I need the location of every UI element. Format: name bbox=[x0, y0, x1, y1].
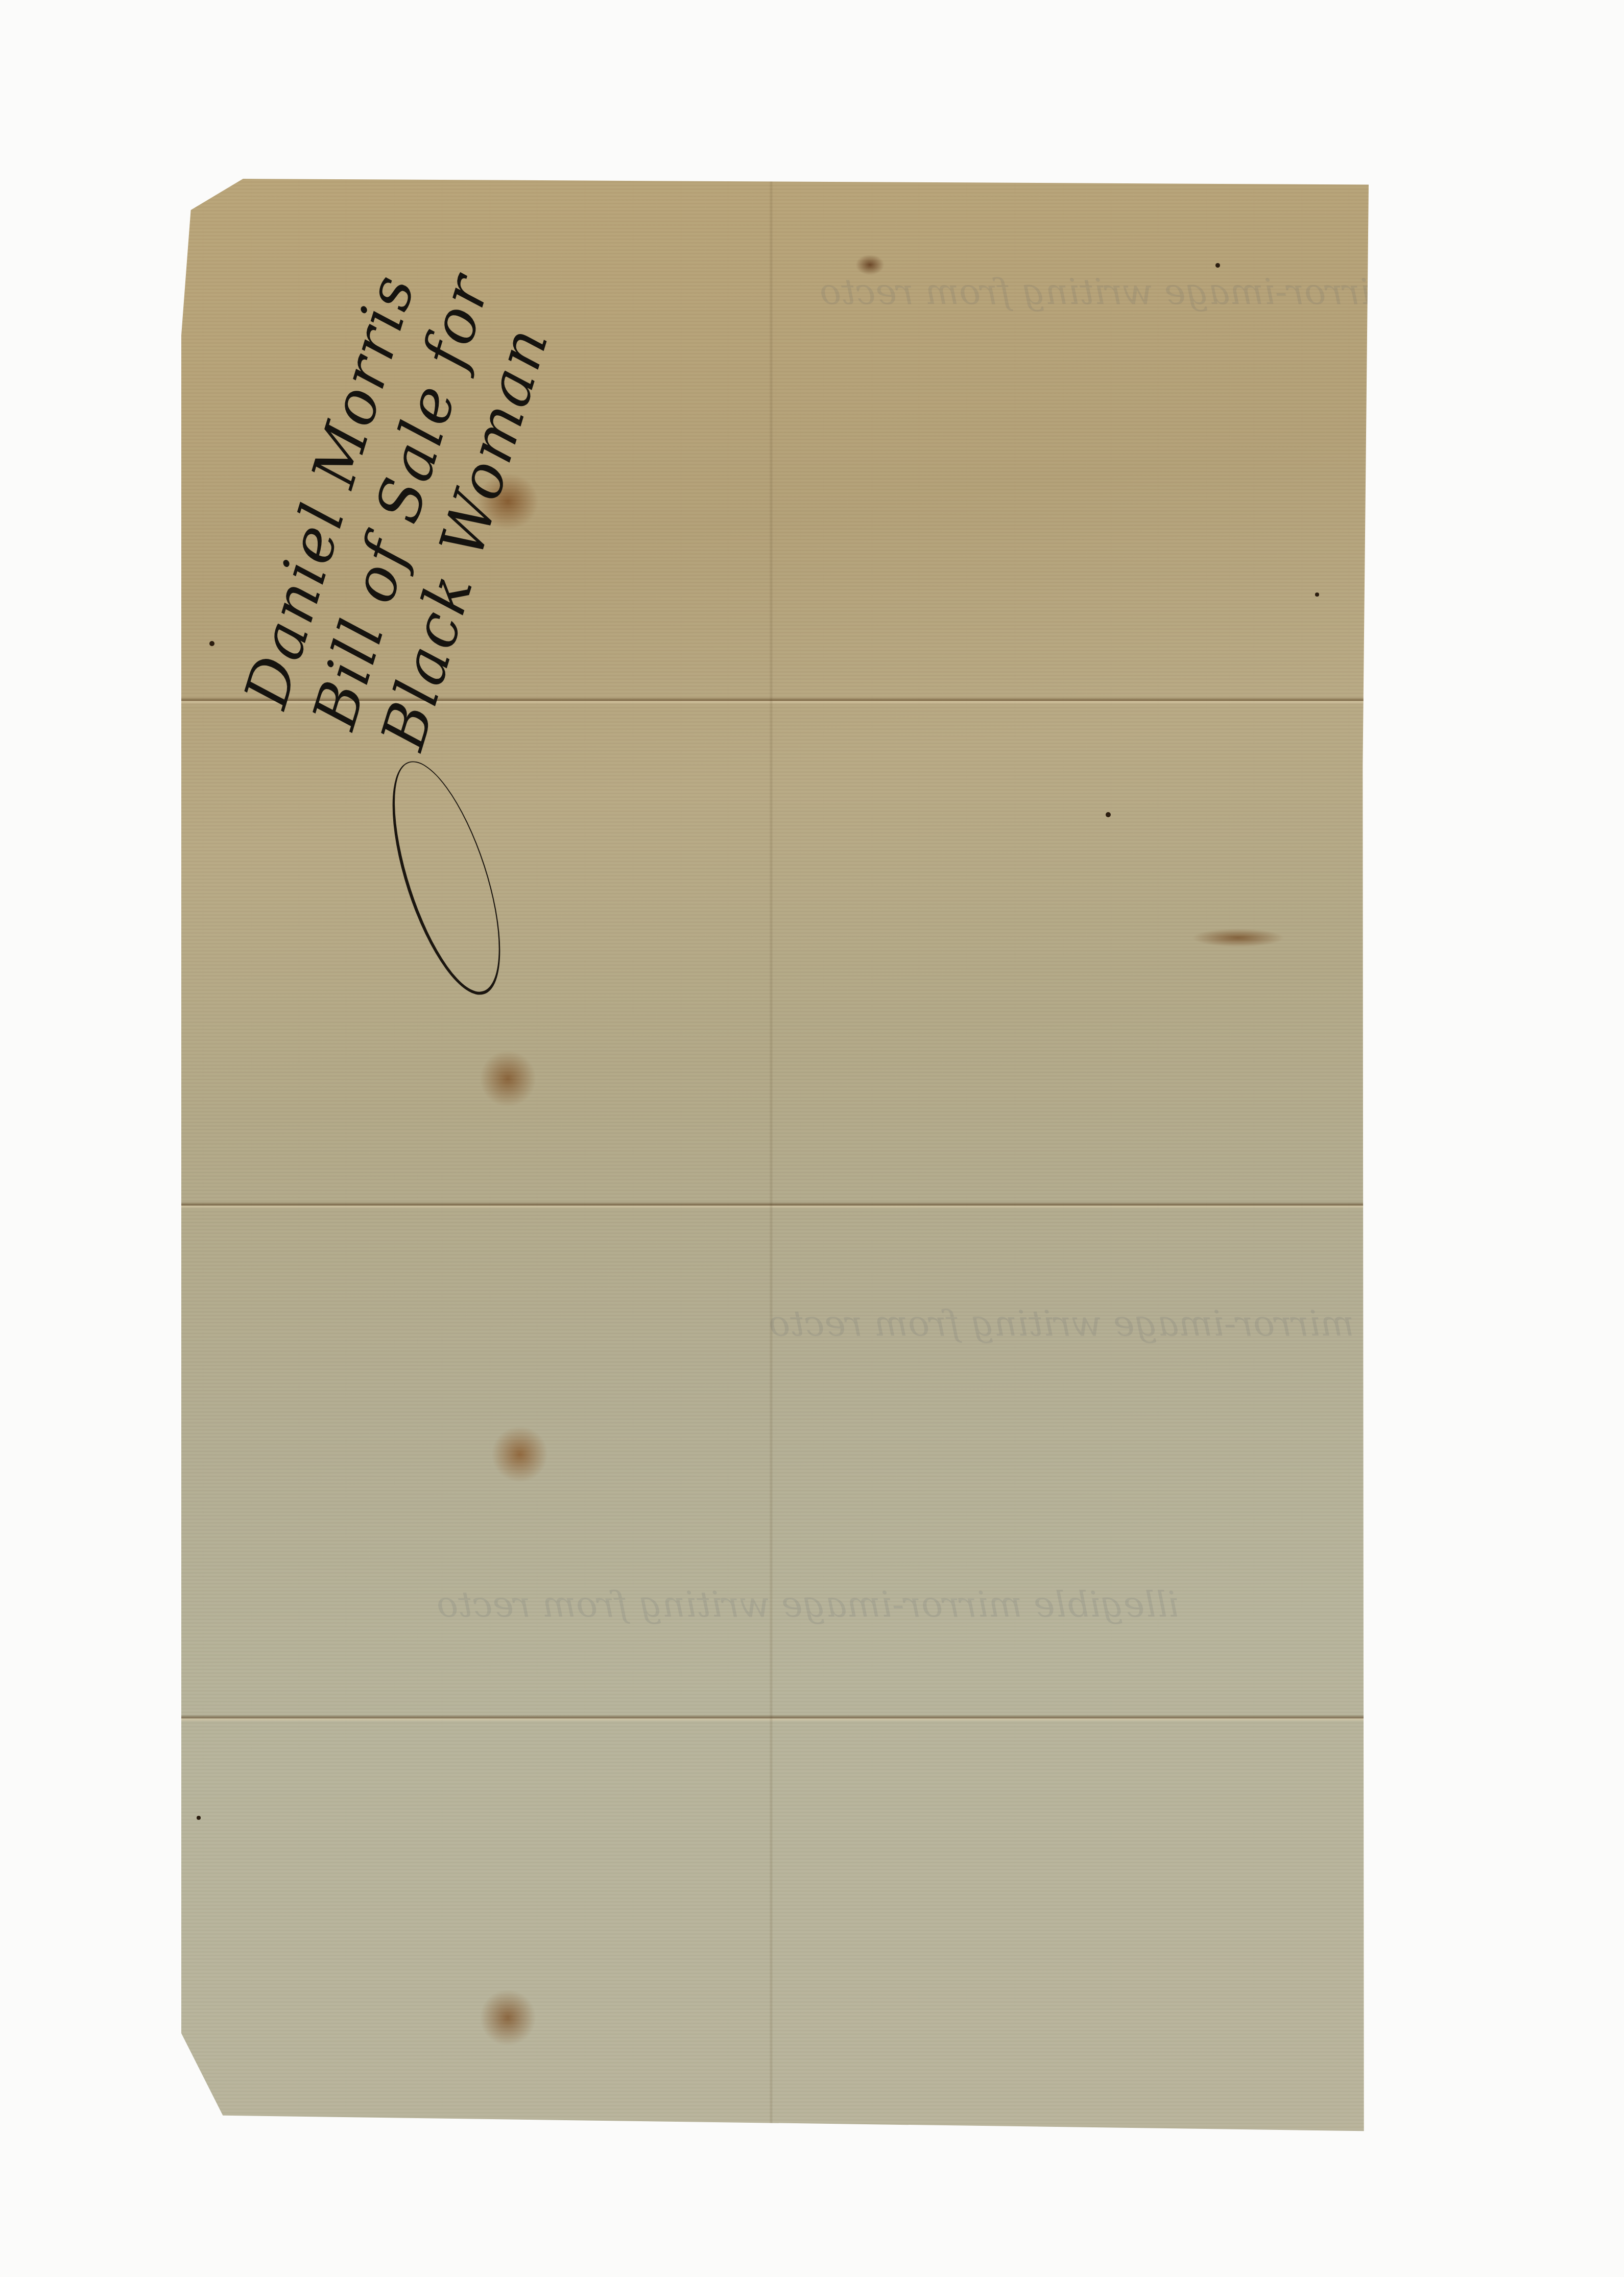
ink-spot bbox=[197, 1816, 201, 1820]
ink-spot bbox=[209, 641, 214, 646]
manuscript-sheet: illegible mirror-image writing from rect… bbox=[181, 179, 1369, 2135]
ink-spot bbox=[1106, 812, 1111, 817]
fold-line-2 bbox=[181, 1202, 1369, 1209]
bleed-through-text: illegible mirror-image writing from rect… bbox=[769, 1302, 1511, 1344]
bleed-through-text: illegible mirror-image writing from rect… bbox=[820, 271, 1562, 313]
vertical-fold bbox=[769, 179, 773, 2135]
bleed-through-text: illegible mirror-image writing from rect… bbox=[437, 1583, 1179, 1625]
ink-spot bbox=[1315, 592, 1319, 597]
fold-line-3 bbox=[181, 1715, 1369, 1722]
ink-spot bbox=[1215, 263, 1220, 268]
